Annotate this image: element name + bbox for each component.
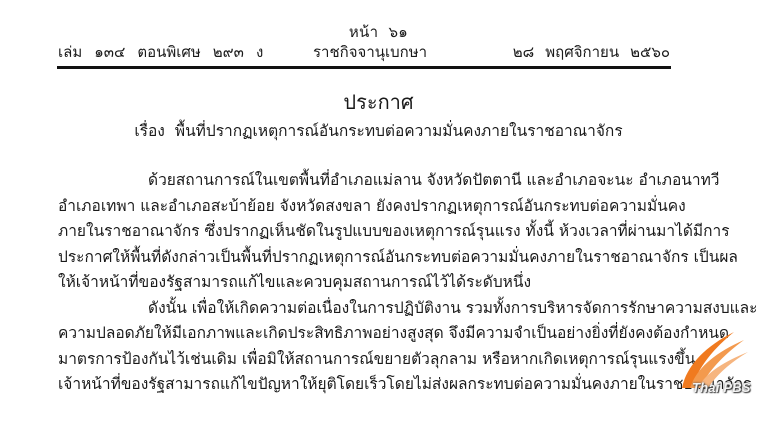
volume-number: ๑๓๔ — [94, 43, 125, 61]
watermark-text: Thai PBS — [692, 380, 751, 395]
body-line: อำเภอเทพา และอำเภอสะบ้าย้อย จังหวัดสงขลา… — [58, 194, 678, 220]
date-day: ๒๘ — [513, 43, 534, 61]
body-line: ความปลอดภัยให้มีเอกภาพและเกิดประสิทธิภาพ… — [58, 321, 678, 347]
body-line: ดังนั้น เพื่อให้เกิดความต่อเนื่องในการปฏ… — [58, 296, 678, 322]
date-year: ๒๕๖๐ — [630, 43, 670, 61]
section-suffix: ง — [256, 43, 263, 61]
body-line: ภายในราชอาณาจักร ซึ่งปรากฏเห็นชัดในรูปแบ… — [58, 219, 678, 245]
section-label: ตอนพิเศษ — [137, 43, 200, 61]
document-subject: เรื่องพื้นที่ปรากฏเหตุการณ์อันกระทบต่อคว… — [0, 118, 757, 143]
document-title: ประกาศ — [0, 86, 757, 118]
section-number: ๒๙๓ — [213, 43, 244, 61]
subject-text: พื้นที่ปรากฏเหตุการณ์อันกระทบต่อความมั่น… — [175, 122, 623, 140]
volume-info: เล่ม๑๓๔ตอนพิเศษ๒๙๓ง — [58, 40, 275, 64]
gazette-page: หน้า ๖๑ เล่ม๑๓๔ตอนพิเศษ๒๙๓ง ราชกิจจานุเบ… — [0, 0, 757, 426]
subject-label: เรื่อง — [134, 122, 165, 140]
body-line: ให้เจ้าหน้าที่ของรัฐสามารถแก้ไขและควบคุม… — [58, 270, 678, 296]
gazette-header-row: เล่ม๑๓๔ตอนพิเศษ๒๙๓ง ราชกิจจานุเบกษา ๒๘พฤ… — [58, 40, 670, 62]
volume-label: เล่ม — [58, 43, 82, 61]
document-body: ด้วยสถานการณ์ในเขตพื้นที่อำเภอแม่ลาน จัง… — [58, 168, 678, 398]
body-line: ด้วยสถานการณ์ในเขตพื้นที่อำเภอแม่ลาน จัง… — [58, 168, 678, 194]
page-number: ๖๑ — [388, 23, 408, 41]
publication-name: ราชกิจจานุเบกษา — [313, 40, 427, 64]
publication-date: ๒๘พฤศจิกายน๒๕๖๐ — [502, 40, 670, 64]
body-line: เจ้าหน้าที่ของรัฐสามารถแก้ไขปัญหาให้ยุติ… — [58, 372, 678, 398]
page-label: หน้า — [349, 23, 378, 41]
date-month: พฤศจิกายน — [545, 43, 619, 61]
body-line: มาตรการป้องกันไว้เช่นเดิม เพื่อมิให้สถาน… — [58, 347, 678, 373]
body-line: ประกาศให้พื้นที่ดังกล่าวเป็นพื้นที่ปรากฏ… — [58, 245, 678, 271]
header-divider — [57, 66, 671, 69]
thaipbs-watermark: Thai PBS — [672, 330, 752, 410]
